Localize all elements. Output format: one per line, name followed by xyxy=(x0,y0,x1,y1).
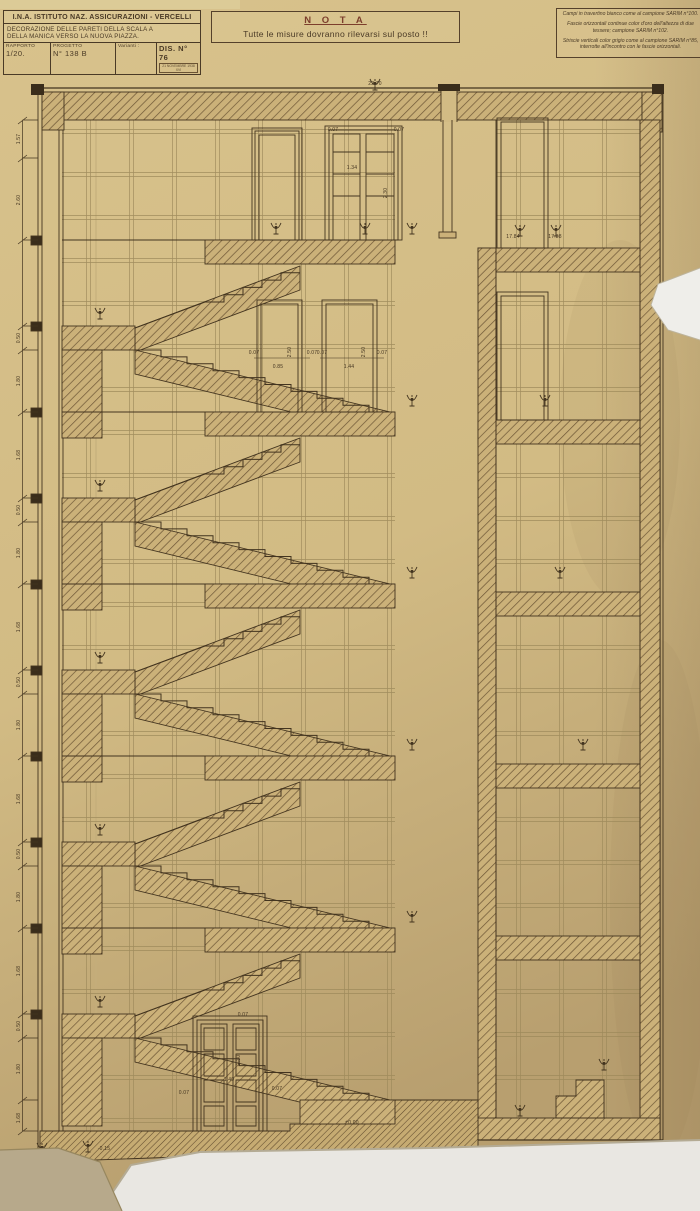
dimension-label: 1.68 xyxy=(16,1113,22,1124)
organization-title: I.N.A. ISTITUTO NAZ. ASSICURAZIONI - VER… xyxy=(3,10,201,24)
dimension-label: 1.40 xyxy=(224,1077,235,1083)
dimension-label: 0.07 xyxy=(394,127,405,133)
dimension-label: 0.50 xyxy=(16,849,22,860)
stair-section-drawing: 22.7017.8417.881.342.300.070.070.851.442… xyxy=(0,0,700,1211)
dimension-label: 0.85 xyxy=(273,364,284,370)
dimension-label: 22.70 xyxy=(368,81,382,87)
left-wall-tile-grid xyxy=(62,120,395,1131)
dimension-label: 1.68 xyxy=(16,966,22,977)
finish-note-1: Campi in travertino bianco come al campi… xyxy=(560,11,700,17)
dimension-label: 1.80 xyxy=(16,548,22,559)
finish-notes-box: Campi in travertino bianco come al campi… xyxy=(556,8,700,58)
nota-title: N O T A xyxy=(214,15,457,26)
dimension-label: ±0.00 xyxy=(345,1120,358,1126)
dimension-label: 0.07 xyxy=(317,350,328,356)
dimension-label: 0.07 xyxy=(307,350,318,356)
dimension-label: 2.60 xyxy=(16,195,22,206)
dimension-label: -0.15 xyxy=(98,1146,110,1152)
subject-line-1: DECORAZIONE DELLE PARETI DELLA SCALA A xyxy=(7,26,197,33)
dimension-label: 1.68 xyxy=(16,794,22,805)
dimension-label: 17.88 xyxy=(548,234,562,240)
section-drawing xyxy=(18,79,664,1162)
dimension-label: 0.50 xyxy=(16,505,22,516)
dimension-label: 1.34 xyxy=(347,165,358,171)
project-number: N° 138 B xyxy=(53,49,113,58)
dimension-label: 0.07 xyxy=(377,350,388,356)
finish-note-3: Striscie verticali color grigio come al … xyxy=(560,38,700,51)
dimension-label: 0.07 xyxy=(238,1012,249,1018)
date-stamp: 21 NOVEMBRE 1938 XVI xyxy=(159,63,198,73)
sheet-number-cell: DIS. N° 76 21 NOVEMBRE 1938 XVI xyxy=(157,43,200,74)
nota-box: N O T A Tutte le misure dovranno rilevar… xyxy=(211,11,460,43)
dimension-label: 0.50 xyxy=(16,333,22,344)
dimension-label: 1.44 xyxy=(344,364,355,370)
subject-line-2: DELLA MANICA VERSO LA NUOVA PIAZZA. xyxy=(7,33,197,40)
nota-body: Tutte le misure dovranno rilevarsi sul p… xyxy=(214,29,457,39)
dimension-label: 0.07 xyxy=(272,1086,283,1092)
dimension-label: 0.07 xyxy=(328,127,339,133)
dimension-label: 1.57 xyxy=(16,134,22,145)
dimension-label: 1.80 xyxy=(16,376,22,387)
dimension-label: 0.50 xyxy=(16,677,22,688)
dimension-label: 17.84 xyxy=(506,234,520,240)
dimension-label: 2.50 xyxy=(287,347,293,358)
scanned-drawing-sheet: 22.7017.8417.881.342.300.070.070.851.442… xyxy=(0,0,700,1211)
dimension-label: 2.30 xyxy=(236,1055,242,1066)
scale-value: 1/20. xyxy=(6,49,48,58)
finish-note-2: Fascie orizzontali continue color d'oro … xyxy=(560,21,700,34)
project-cell: PROGETTO N° 138 B xyxy=(51,43,116,74)
dimension-label: 2.50 xyxy=(361,347,367,358)
dimension-label: 1.80 xyxy=(16,1064,22,1075)
dimension-label: 2.30 xyxy=(383,188,389,199)
scale-cell: RAPPORTO 1/20. xyxy=(4,43,51,74)
title-block: I.N.A. ISTITUTO NAZ. ASSICURAZIONI - VER… xyxy=(3,10,201,75)
dimension-label: 1.68 xyxy=(16,622,22,633)
dimension-label: 0.07 xyxy=(249,350,260,356)
sheet-number: DIS. N° 76 xyxy=(159,44,198,62)
variants-label: Varianti : xyxy=(118,44,154,49)
dimension-label: 1.80 xyxy=(16,720,22,731)
dimension-label: 0.50 xyxy=(16,1021,22,1032)
dimension-label: 1.80 xyxy=(16,892,22,903)
title-block-row: RAPPORTO 1/20. PROGETTO N° 138 B Variant… xyxy=(3,43,201,75)
drawing-subject: DECORAZIONE DELLE PARETI DELLA SCALA A D… xyxy=(3,24,201,43)
dimension-label: 1.68 xyxy=(16,450,22,461)
dimension-label: 0.07 xyxy=(179,1090,190,1096)
variants-cell: Varianti : xyxy=(116,43,157,74)
